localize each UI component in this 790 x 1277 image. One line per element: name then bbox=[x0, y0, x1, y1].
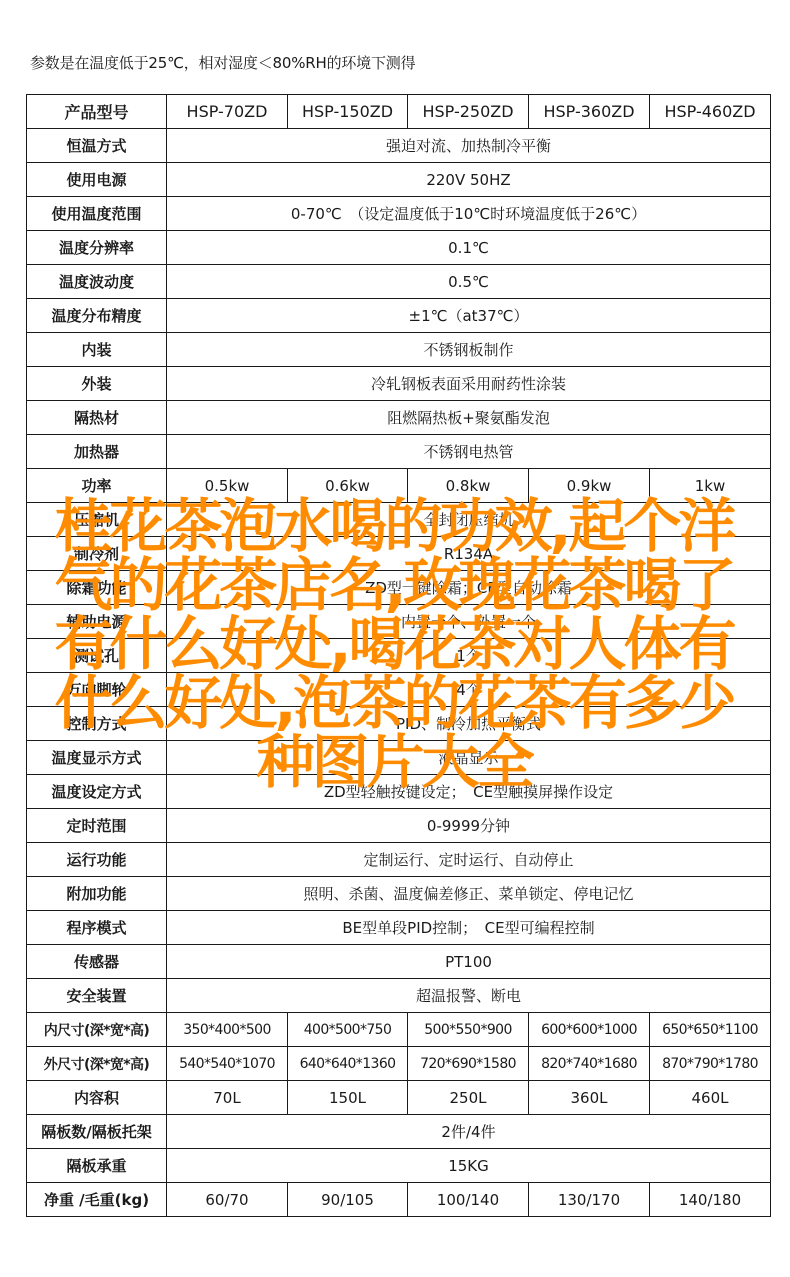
table-row: 压缩机全封闭压缩机 bbox=[27, 503, 771, 537]
row-value: R134A bbox=[167, 537, 771, 571]
row-value: 0.1℃ bbox=[167, 231, 771, 265]
row-value: 0-9999分钟 bbox=[167, 809, 771, 843]
weight-cell: 130/170 bbox=[529, 1183, 650, 1217]
dimension-cell: 600*600*1000 bbox=[529, 1013, 650, 1047]
row-label: 隔板承重 bbox=[27, 1149, 167, 1183]
model-hsp-70zd: HSP-70ZD bbox=[167, 95, 288, 129]
dimension-cell: 650*650*1100 bbox=[650, 1013, 771, 1047]
table-row: 制冷剂R134A bbox=[27, 537, 771, 571]
volume-cell: 150L bbox=[288, 1081, 408, 1115]
row-label: 隔热材 bbox=[27, 401, 167, 435]
header-label: 产品型号 bbox=[27, 95, 167, 129]
row-label: 外装 bbox=[27, 367, 167, 401]
table-row: 运行功能定制运行、定时运行、自动停止 bbox=[27, 843, 771, 877]
table-row: 安全装置超温报警、断电 bbox=[27, 979, 771, 1013]
row-label: 内容积 bbox=[27, 1081, 167, 1115]
dimension-cell: 640*640*1360 bbox=[288, 1047, 408, 1081]
row-label: 温度设定方式 bbox=[27, 775, 167, 809]
row-value: ZD型轻触按键设定； CE型触摸屏操作设定 bbox=[167, 775, 771, 809]
spec-table: 产品型号 HSP-70ZD HSP-150ZD HSP-250ZD HSP-36… bbox=[26, 94, 771, 1217]
row-value: 全封闭压缩机 bbox=[167, 503, 771, 537]
row-label: 程序模式 bbox=[27, 911, 167, 945]
row-value: 15KG bbox=[167, 1149, 771, 1183]
row-value: ±1℃（at37℃） bbox=[167, 299, 771, 333]
table-row: 测试孔1个 bbox=[27, 639, 771, 673]
row-label: 恒温方式 bbox=[27, 129, 167, 163]
row-label: 定时范围 bbox=[27, 809, 167, 843]
weight-cell: 140/180 bbox=[650, 1183, 771, 1217]
volume-cell: 250L bbox=[408, 1081, 529, 1115]
volume-cell: 70L bbox=[167, 1081, 288, 1115]
table-row: 使用温度范围0-70℃ （设定温度低于10℃时环境温度低于26℃） bbox=[27, 197, 771, 231]
table-row: 恒温方式强迫对流、加热制冷平衡 bbox=[27, 129, 771, 163]
row-label: 温度分布精度 bbox=[27, 299, 167, 333]
table-row: 除霜功能ZD型一键除霜；CE型自动除霜 bbox=[27, 571, 771, 605]
table-row: 温度分辨率0.1℃ bbox=[27, 231, 771, 265]
dimension-cell: 540*540*1070 bbox=[167, 1047, 288, 1081]
weight-cell: 60/70 bbox=[167, 1183, 288, 1217]
model-hsp-250zd: HSP-250ZD bbox=[408, 95, 529, 129]
table-row: 加热器不锈钢电热管 bbox=[27, 435, 771, 469]
row-value: 液晶显示 bbox=[167, 741, 771, 775]
row-label: 温度显示方式 bbox=[27, 741, 167, 775]
table-row: 外装冷轧钢板表面采用耐药性涂装 bbox=[27, 367, 771, 401]
row-value: 照明、杀菌、温度偏差修正、菜单锁定、停电记忆 bbox=[167, 877, 771, 911]
weight-cell: 90/105 bbox=[288, 1183, 408, 1217]
row-label: 测试孔 bbox=[27, 639, 167, 673]
power-cell: 0.8kw bbox=[408, 469, 529, 503]
row-label: 隔板数/隔板托架 bbox=[27, 1115, 167, 1149]
row-label: 加热器 bbox=[27, 435, 167, 469]
dimension-cell: 400*500*750 bbox=[288, 1013, 408, 1047]
table-row-inner-dimensions: 内尺寸(深*宽*高) 350*400*500 400*500*750 500*5… bbox=[27, 1013, 771, 1047]
table-row: 程序模式BE型单段PID控制； CE型可编程控制 bbox=[27, 911, 771, 945]
row-value: 1个 bbox=[167, 639, 771, 673]
row-label: 附加功能 bbox=[27, 877, 167, 911]
row-value: PT100 bbox=[167, 945, 771, 979]
row-value: 内置一个、外置一个 bbox=[167, 605, 771, 639]
table-row-power: 功率 0.5kw 0.6kw 0.8kw 0.9kw 1kw bbox=[27, 469, 771, 503]
row-label: 控制方式 bbox=[27, 707, 167, 741]
table-row: 温度分布精度±1℃（at37℃） bbox=[27, 299, 771, 333]
power-cell: 0.6kw bbox=[288, 469, 408, 503]
row-label: 除霜功能 bbox=[27, 571, 167, 605]
table-row: 温度显示方式液晶显示 bbox=[27, 741, 771, 775]
row-label: 万向脚轮 bbox=[27, 673, 167, 707]
table-row-weight: 净重 /毛重(kg) 60/70 90/105 100/140 130/170 … bbox=[27, 1183, 771, 1217]
row-label: 压缩机 bbox=[27, 503, 167, 537]
row-label: 使用温度范围 bbox=[27, 197, 167, 231]
table-row: 内装不锈钢板制作 bbox=[27, 333, 771, 367]
row-label: 辅助电源 bbox=[27, 605, 167, 639]
power-cell: 0.5kw bbox=[167, 469, 288, 503]
table-row-outer-dimensions: 外尺寸(深*宽*高) 540*540*1070 640*640*1360 720… bbox=[27, 1047, 771, 1081]
volume-cell: 360L bbox=[529, 1081, 650, 1115]
row-label: 外尺寸(深*宽*高) bbox=[27, 1047, 167, 1081]
row-value: 不锈钢板制作 bbox=[167, 333, 771, 367]
power-cell: 0.9kw bbox=[529, 469, 650, 503]
row-label: 净重 /毛重(kg) bbox=[27, 1183, 167, 1217]
table-row: 隔板承重15KG bbox=[27, 1149, 771, 1183]
table-row: 万向脚轮4个 bbox=[27, 673, 771, 707]
row-value: 超温报警、断电 bbox=[167, 979, 771, 1013]
row-value: 4个 bbox=[167, 673, 771, 707]
row-value: 220V 50HZ bbox=[167, 163, 771, 197]
row-label: 温度波动度 bbox=[27, 265, 167, 299]
table-row: 使用电源220V 50HZ bbox=[27, 163, 771, 197]
row-value: 不锈钢电热管 bbox=[167, 435, 771, 469]
row-label: 功率 bbox=[27, 469, 167, 503]
table-row: 控制方式PID、制冷加热平衡式 bbox=[27, 707, 771, 741]
table-row: 温度设定方式ZD型轻触按键设定； CE型触摸屏操作设定 bbox=[27, 775, 771, 809]
power-cell: 1kw bbox=[650, 469, 771, 503]
table-row: 隔热材阻燃隔热板+聚氨酯发泡 bbox=[27, 401, 771, 435]
row-value: PID、制冷加热平衡式 bbox=[167, 707, 771, 741]
row-value: ZD型一键除霜；CE型自动除霜 bbox=[167, 571, 771, 605]
row-label: 运行功能 bbox=[27, 843, 167, 877]
row-value: 定制运行、定时运行、自动停止 bbox=[167, 843, 771, 877]
row-value: 0.5℃ bbox=[167, 265, 771, 299]
table-row: 温度波动度0.5℃ bbox=[27, 265, 771, 299]
model-hsp-150zd: HSP-150ZD bbox=[288, 95, 408, 129]
row-value: BE型单段PID控制； CE型可编程控制 bbox=[167, 911, 771, 945]
table-row: 辅助电源内置一个、外置一个 bbox=[27, 605, 771, 639]
row-label: 内尺寸(深*宽*高) bbox=[27, 1013, 167, 1047]
volume-cell: 460L bbox=[650, 1081, 771, 1115]
dimension-cell: 500*550*900 bbox=[408, 1013, 529, 1047]
row-value: 0-70℃ （设定温度低于10℃时环境温度低于26℃） bbox=[167, 197, 771, 231]
dimension-cell: 870*790*1780 bbox=[650, 1047, 771, 1081]
row-value: 强迫对流、加热制冷平衡 bbox=[167, 129, 771, 163]
row-value: 冷轧钢板表面采用耐药性涂装 bbox=[167, 367, 771, 401]
row-value: 2件/4件 bbox=[167, 1115, 771, 1149]
dimension-cell: 350*400*500 bbox=[167, 1013, 288, 1047]
weight-cell: 100/140 bbox=[408, 1183, 529, 1217]
row-label: 制冷剂 bbox=[27, 537, 167, 571]
measurement-conditions-note: 参数是在温度低于25℃，相对湿度＜80%RH的环境下测得 bbox=[30, 52, 415, 73]
row-label: 使用电源 bbox=[27, 163, 167, 197]
row-value: 阻燃隔热板+聚氨酯发泡 bbox=[167, 401, 771, 435]
table-row: 传感器PT100 bbox=[27, 945, 771, 979]
row-label: 内装 bbox=[27, 333, 167, 367]
row-label: 温度分辨率 bbox=[27, 231, 167, 265]
table-row: 附加功能照明、杀菌、温度偏差修正、菜单锁定、停电记忆 bbox=[27, 877, 771, 911]
table-row: 定时范围0-9999分钟 bbox=[27, 809, 771, 843]
model-hsp-460zd: HSP-460ZD bbox=[650, 95, 771, 129]
row-label: 安全装置 bbox=[27, 979, 167, 1013]
dimension-cell: 720*690*1580 bbox=[408, 1047, 529, 1081]
row-label: 传感器 bbox=[27, 945, 167, 979]
dimension-cell: 820*740*1680 bbox=[529, 1047, 650, 1081]
model-hsp-360zd: HSP-360ZD bbox=[529, 95, 650, 129]
table-header-row: 产品型号 HSP-70ZD HSP-150ZD HSP-250ZD HSP-36… bbox=[27, 95, 771, 129]
table-row: 隔板数/隔板托架2件/4件 bbox=[27, 1115, 771, 1149]
table-row-volume: 内容积 70L 150L 250L 360L 460L bbox=[27, 1081, 771, 1115]
